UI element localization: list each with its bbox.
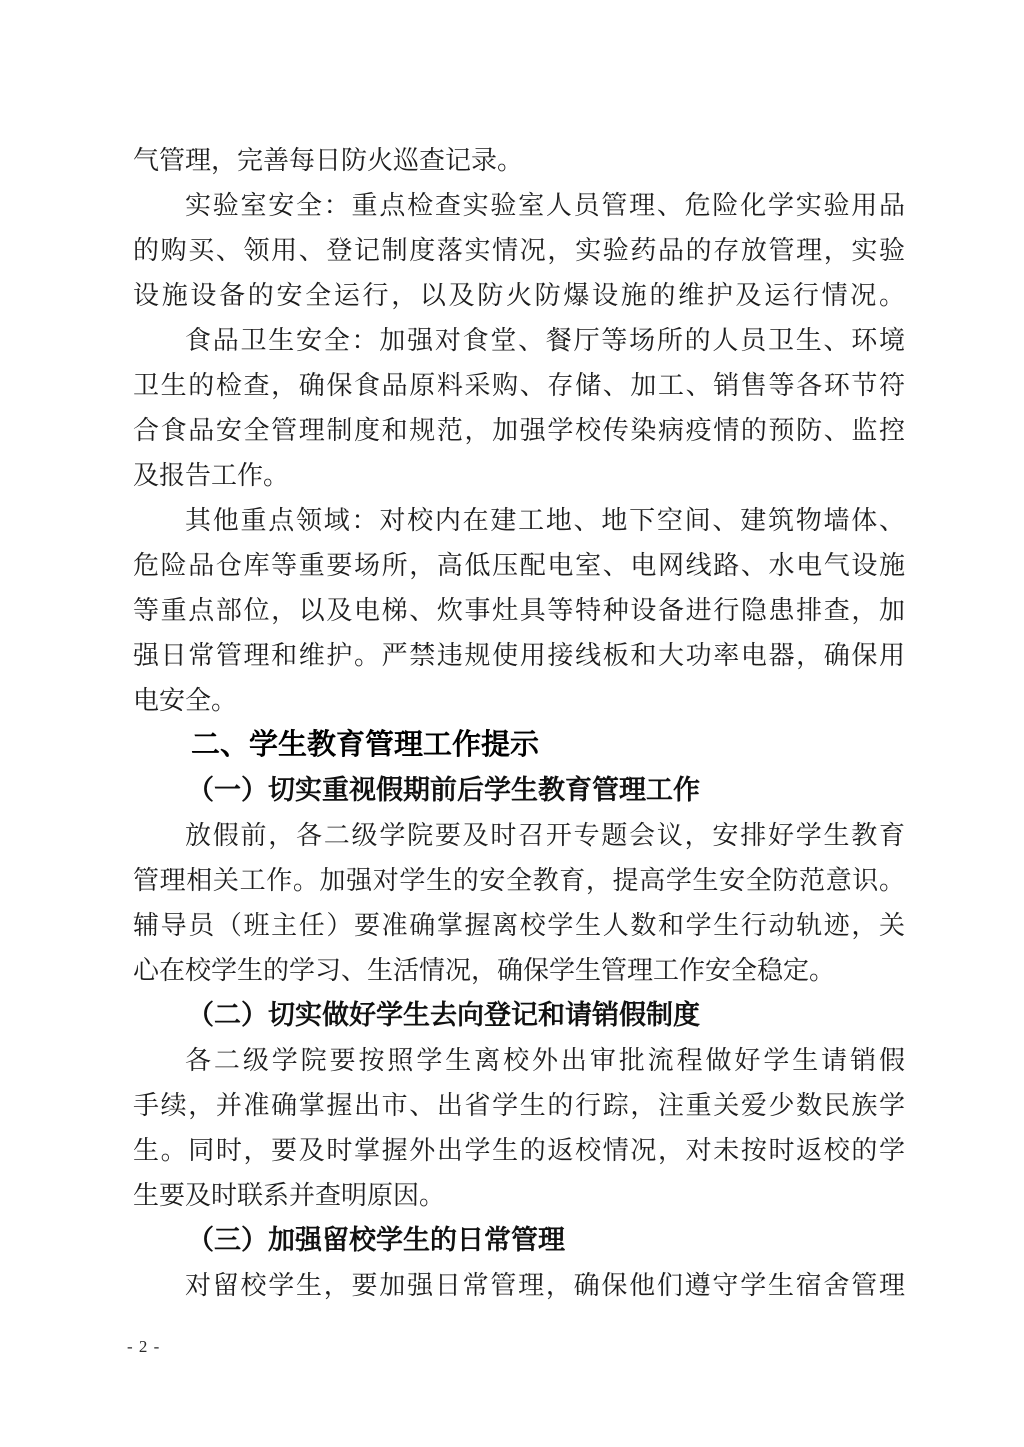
body-line: 辅导员（班主任）要准确掌握离校学生人数和学生行动轨迹，关 <box>133 903 905 948</box>
body-line: 食品卫生安全：加强对食堂、餐厅等场所的人员卫生、环境 <box>133 318 905 363</box>
body-line: 生要及时联系并查明原因。 <box>133 1173 905 1218</box>
body-line: 等重点部位，以及电梯、炊事灶具等特种设备进行隐患排查，加 <box>133 588 905 633</box>
body-line: 心在校学生的学习、生活情况，确保学生管理工作安全稳定。 <box>133 948 905 993</box>
body-line: 卫生的检查，确保食品原料采购、存储、加工、销售等各环节符 <box>133 363 905 408</box>
page-number: - 2 - <box>127 1336 160 1358</box>
subsection-heading: （三）加强留校学生的日常管理 <box>133 1218 905 1263</box>
subsection-heading: （二）切实做好学生去向登记和请销假制度 <box>133 993 905 1038</box>
body-line: 生。同时，要及时掌握外出学生的返校情况，对未按时返校的学 <box>133 1128 905 1173</box>
body-line: 危险品仓库等重要场所，高低压配电室、电网线路、水电气设施 <box>133 543 905 588</box>
body-line: 对留校学生，要加强日常管理，确保他们遵守学生宿舍管理 <box>133 1263 905 1308</box>
body-line: 放假前，各二级学院要及时召开专题会议，安排好学生教育 <box>133 813 905 858</box>
body-line: 设施设备的安全运行，以及防火防爆设施的维护及运行情况。 <box>133 273 905 318</box>
subsection-heading: （一）切实重视假期前后学生教育管理工作 <box>133 768 905 813</box>
body-line: 电安全。 <box>133 678 905 723</box>
body-line: 各二级学院要按照学生离校外出审批流程做好学生请销假 <box>133 1038 905 1083</box>
body-line: 强日常管理和维护。严禁违规使用接线板和大功率电器，确保用 <box>133 633 905 678</box>
document-body: 气管理，完善每日防火巡查记录。实验室安全：重点检查实验室人员管理、危险化学实验用… <box>133 138 905 1308</box>
body-line: 其他重点领域：对校内在建工地、地下空间、建筑物墙体、 <box>133 498 905 543</box>
body-line: 管理相关工作。加强对学生的安全教育，提高学生安全防范意识。 <box>133 858 905 903</box>
document-page: 气管理，完善每日防火巡查记录。实验室安全：重点检查实验室人员管理、危险化学实验用… <box>0 0 1024 1447</box>
body-line: 的购买、领用、登记制度落实情况，实验药品的存放管理，实验 <box>133 228 905 273</box>
body-line: 合食品安全管理制度和规范，加强学校传染病疫情的预防、监控 <box>133 408 905 453</box>
body-line: 气管理，完善每日防火巡查记录。 <box>133 138 905 183</box>
body-line: 实验室安全：重点检查实验室人员管理、危险化学实验用品 <box>133 183 905 228</box>
body-line: 及报告工作。 <box>133 453 905 498</box>
body-line: 手续，并准确掌握出市、出省学生的行踪，注重关爱少数民族学 <box>133 1083 905 1128</box>
section-heading: 二、学生教育管理工作提示 <box>133 723 905 768</box>
